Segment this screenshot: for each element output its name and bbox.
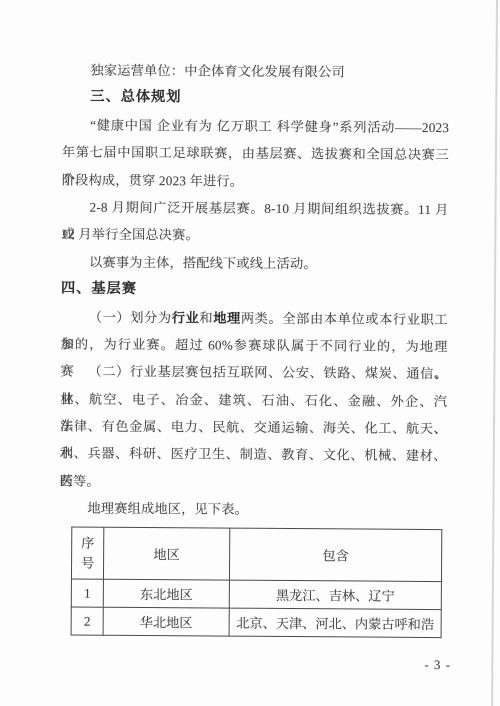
table-header-cell: 序号 bbox=[71, 527, 103, 579]
table-row: 2华北地区北京、天津、河北、内蒙古呼和浩 bbox=[71, 607, 441, 638]
table-header-cell: 包含 bbox=[229, 528, 441, 581]
text-segment: 和 bbox=[199, 310, 213, 325]
table-cell: 黑龙江、吉林、辽宁 bbox=[229, 580, 441, 609]
text-line: 阶段构成，贯穿 2023 年进行。 bbox=[62, 166, 449, 196]
page-number: - 3 - bbox=[424, 657, 488, 673]
regions-table-body: 1东北地区黑龙江、吉林、辽宁2华北地区北京、天津、河北、内蒙古呼和浩 bbox=[71, 579, 441, 638]
text-line: “健康中国 企业有为 亿万职工 科学健身”系列活动——2023 bbox=[62, 111, 449, 141]
text-line: 药等。 bbox=[60, 467, 447, 497]
emphasis-text: 行业 bbox=[172, 310, 200, 325]
table-header-cell: 地区 bbox=[103, 527, 229, 580]
table-cell: 东北地区 bbox=[103, 579, 229, 608]
section-heading: 四、基层赛 bbox=[61, 276, 448, 306]
page-content: 独家运营单位：中企体育文化发展有限公司三、总体规划“健康中国 企业有为 亿万职工… bbox=[0, 0, 500, 706]
text-line: （一）划分为行业和地理两类。全部由本单位或本行业职工参 bbox=[61, 303, 448, 333]
table-header-row: 序号地区包含 bbox=[71, 527, 441, 582]
table-cell: 2 bbox=[71, 607, 103, 635]
table-cell: 北京、天津、河北、内蒙古呼和浩 bbox=[229, 608, 441, 637]
text-line: 业、航空、电子、冶金、建筑、石油、石化、金融、外企、汽车、 bbox=[60, 385, 447, 415]
table-cell: 华北地区 bbox=[103, 607, 229, 636]
section-heading: 三、总体规划 bbox=[62, 84, 449, 114]
document-body: 独家运营单位：中企体育文化发展有限公司三、总体规划“健康中国 企业有为 亿万职工… bbox=[59, 56, 449, 524]
scanned-document-page: 独家运营单位：中企体育文化发展有限公司三、总体规划“健康中国 企业有为 亿万职工… bbox=[0, 0, 500, 706]
regions-table: 序号地区包含 1东北地区黑龙江、吉林、辽宁2华北地区北京、天津、河北、内蒙古呼和… bbox=[71, 527, 443, 639]
text-line: 法律、有色金属、电力、民航、交通运输、海关、化工、航天、水 bbox=[60, 413, 447, 443]
emphasis-text: 地理 bbox=[213, 310, 241, 325]
text-line: 12 月举行全国总决赛。 bbox=[61, 221, 448, 251]
text-line: 以赛事为主体，搭配线下或线上活动。 bbox=[61, 248, 448, 278]
table-row: 1东北地区黑龙江、吉林、辽宁 bbox=[71, 579, 441, 610]
text-line: 年第七届中国职工足球联赛，由基层赛、选拔赛和全国总决赛三个 bbox=[62, 139, 449, 169]
text-segment: （一）划分为 bbox=[89, 309, 172, 325]
text-line: 地理赛组成地区，见下表。 bbox=[59, 495, 446, 525]
page-edge-line bbox=[491, 0, 497, 706]
text-line: 独家运营单位：中企体育文化发展有限公司 bbox=[62, 56, 449, 86]
text-line: 利、兵器、科研、医疗卫生、制造、教育、文化、机械、建材、医 bbox=[60, 440, 447, 470]
table-cell: 1 bbox=[71, 579, 103, 607]
text-line: 2-8 月期间广泛开展基层赛。8-10 月期间组织选拔赛。11 月或 bbox=[61, 193, 448, 223]
regions-table-head: 序号地区包含 bbox=[71, 527, 441, 582]
text-line: （二）行业基层赛包括互联网、公安、铁路、煤炭、通信、林 bbox=[60, 358, 447, 388]
text-line: 加的，为行业赛。超过 60%参赛球队属于不同行业的，为地理赛。 bbox=[61, 330, 448, 360]
